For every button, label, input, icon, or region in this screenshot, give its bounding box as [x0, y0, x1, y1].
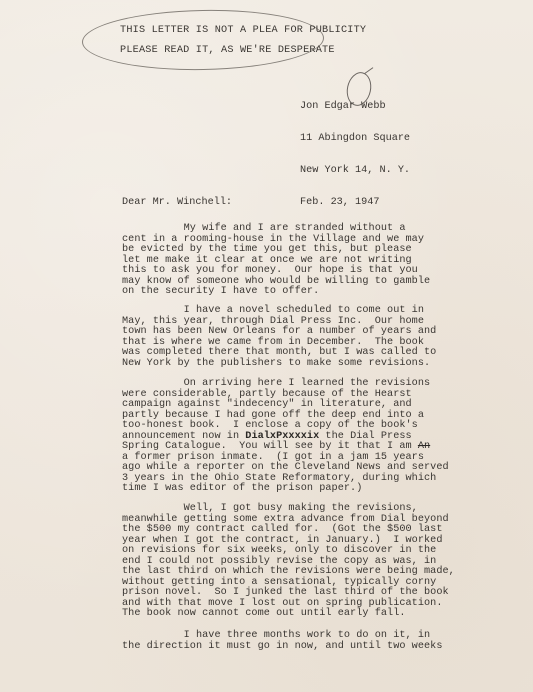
paragraph-3-line-8: a former prison inmate. (I got in a jam … — [122, 452, 424, 463]
line-text-continued: the Dial Press — [319, 431, 411, 442]
struck-out-article: An — [418, 441, 430, 452]
paragraph-3-line-3: campaign against "indecency" in literatu… — [122, 399, 412, 410]
line-text: announcement now in — [122, 431, 245, 442]
paragraph-4-line-2: meanwhile getting some extra advance fro… — [122, 514, 449, 525]
line-text: Spring Catalogue. You will see by it tha… — [122, 441, 418, 452]
paragraph-2-line-1: I have a novel scheduled to come out in — [122, 305, 424, 316]
paragraph-3-line-6: announcement now in DialxPxxxxix the Dia… — [122, 431, 412, 442]
paragraph-3-line-1: On arriving here I learned the revisions — [122, 378, 430, 389]
letter-page: THIS LETTER IS NOT A PLEA FOR PUBLICITY … — [0, 0, 533, 692]
paragraph-4-line-4: year when I got the contract, in January… — [122, 535, 443, 546]
sender-city: New York 14, N. Y. — [300, 166, 410, 177]
sender-name: Jon Edgar Webb — [300, 102, 410, 113]
letter-date: Feb. 23, 1947 — [300, 198, 410, 209]
paragraph-1-line-4: let me make it clear at once we are not … — [122, 255, 412, 266]
stamp-line-1: THIS LETTER IS NOT A PLEA FOR PUBLICITY — [120, 25, 366, 36]
paragraph-4-line-1: Well, I got busy making the revisions, — [122, 503, 418, 514]
paragraph-1-line-3: be evicted by the time you get this, but… — [122, 244, 412, 255]
sender-street: 11 Abingdon Square — [300, 134, 410, 145]
paragraph-1-line-2: cent in a rooming-house in the Village a… — [122, 234, 424, 245]
handwritten-mark-tail — [365, 67, 374, 74]
salutation: Dear Mr. Winchell: — [122, 197, 232, 208]
paragraph-4-line-3: the $500 my contract called for. (Got th… — [122, 524, 443, 535]
stamp-oval-outline — [81, 8, 324, 72]
paragraph-3-line-5: too-honest book. I enclose a copy of the… — [122, 420, 418, 431]
paragraph-4-line-7: the last third on which the revisions we… — [122, 566, 455, 577]
paragraph-2-line-5: was completed there that month, but I wa… — [122, 347, 436, 358]
paragraph-3-line-10: 3 years in the Ohio State Reformatory, d… — [122, 473, 436, 484]
paragraph-2-line-6: New York by the publishers to make some … — [122, 358, 430, 369]
struck-out-text: DialxPxxxxix — [245, 431, 319, 442]
paragraph-3-line-11: time I was editor of the prison paper.) — [122, 483, 362, 494]
paragraph-4-line-9: prison novel. So I junked the last third… — [122, 587, 449, 598]
paragraph-2-line-4: that is where we came from in December. … — [122, 337, 424, 348]
sender-address-block: Jon Edgar Webb 11 Abingdon Square New Yo… — [300, 81, 410, 229]
paragraph-3-line-4: partly because I had gone off the deep e… — [122, 410, 424, 421]
paragraph-2-line-2: May, this year, through Dial Press Inc. … — [122, 316, 424, 327]
paragraph-3-line-7: Spring Catalogue. You will see by it tha… — [122, 441, 430, 452]
paragraph-4-line-5: on revisions for six weeks, only to disc… — [122, 545, 436, 556]
paragraph-4-line-11: The book now cannot come out until early… — [122, 608, 406, 619]
paragraph-3-line-2: were considerable, partly because of the… — [122, 389, 412, 400]
paragraph-4-line-8: without getting into a sensational, typi… — [122, 577, 436, 588]
paragraph-2-line-3: town has been New Orleans for a number o… — [122, 326, 436, 337]
paragraph-1-line-1: My wife and I are stranded without a — [122, 223, 406, 234]
paragraph-4-line-6: end I could not possibly revise the copy… — [122, 556, 436, 567]
paragraph-3-line-9: ago while a reporter on the Cleveland Ne… — [122, 462, 449, 473]
stamp-line-2: PLEASE READ IT, AS WE'RE DESPERATE — [120, 45, 335, 56]
paragraph-1-line-7: on the security I have to offer. — [122, 286, 319, 297]
paragraph-5-line-1: I have three months work to do on it, in — [122, 630, 430, 641]
paragraph-1-line-5: this to ask you for money. Our hope is t… — [122, 265, 418, 276]
paragraph-1-line-6: may know of someone who would be willing… — [122, 276, 430, 287]
paragraph-5-line-2: the direction it must go in now, and unt… — [122, 641, 443, 652]
paragraph-4-line-10: and with that move I lost out on spring … — [122, 598, 443, 609]
